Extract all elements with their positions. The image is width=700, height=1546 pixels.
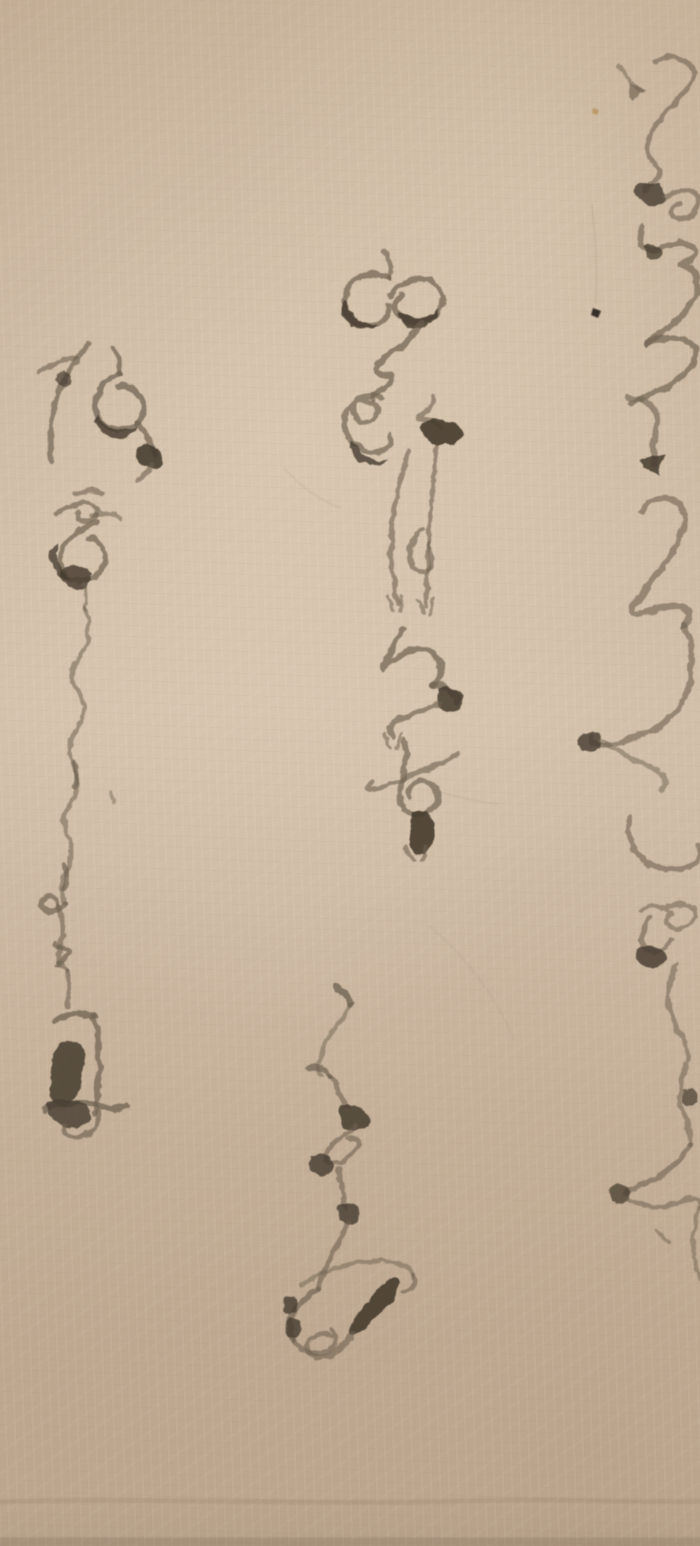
manuscript-paper [0, 0, 700, 1546]
ink-stroke [64, 865, 67, 889]
manuscript-image [0, 0, 700, 1546]
horizontal-crease [0, 1500, 700, 1502]
ink-stroke [74, 763, 77, 787]
ink-stroke [84, 585, 86, 609]
